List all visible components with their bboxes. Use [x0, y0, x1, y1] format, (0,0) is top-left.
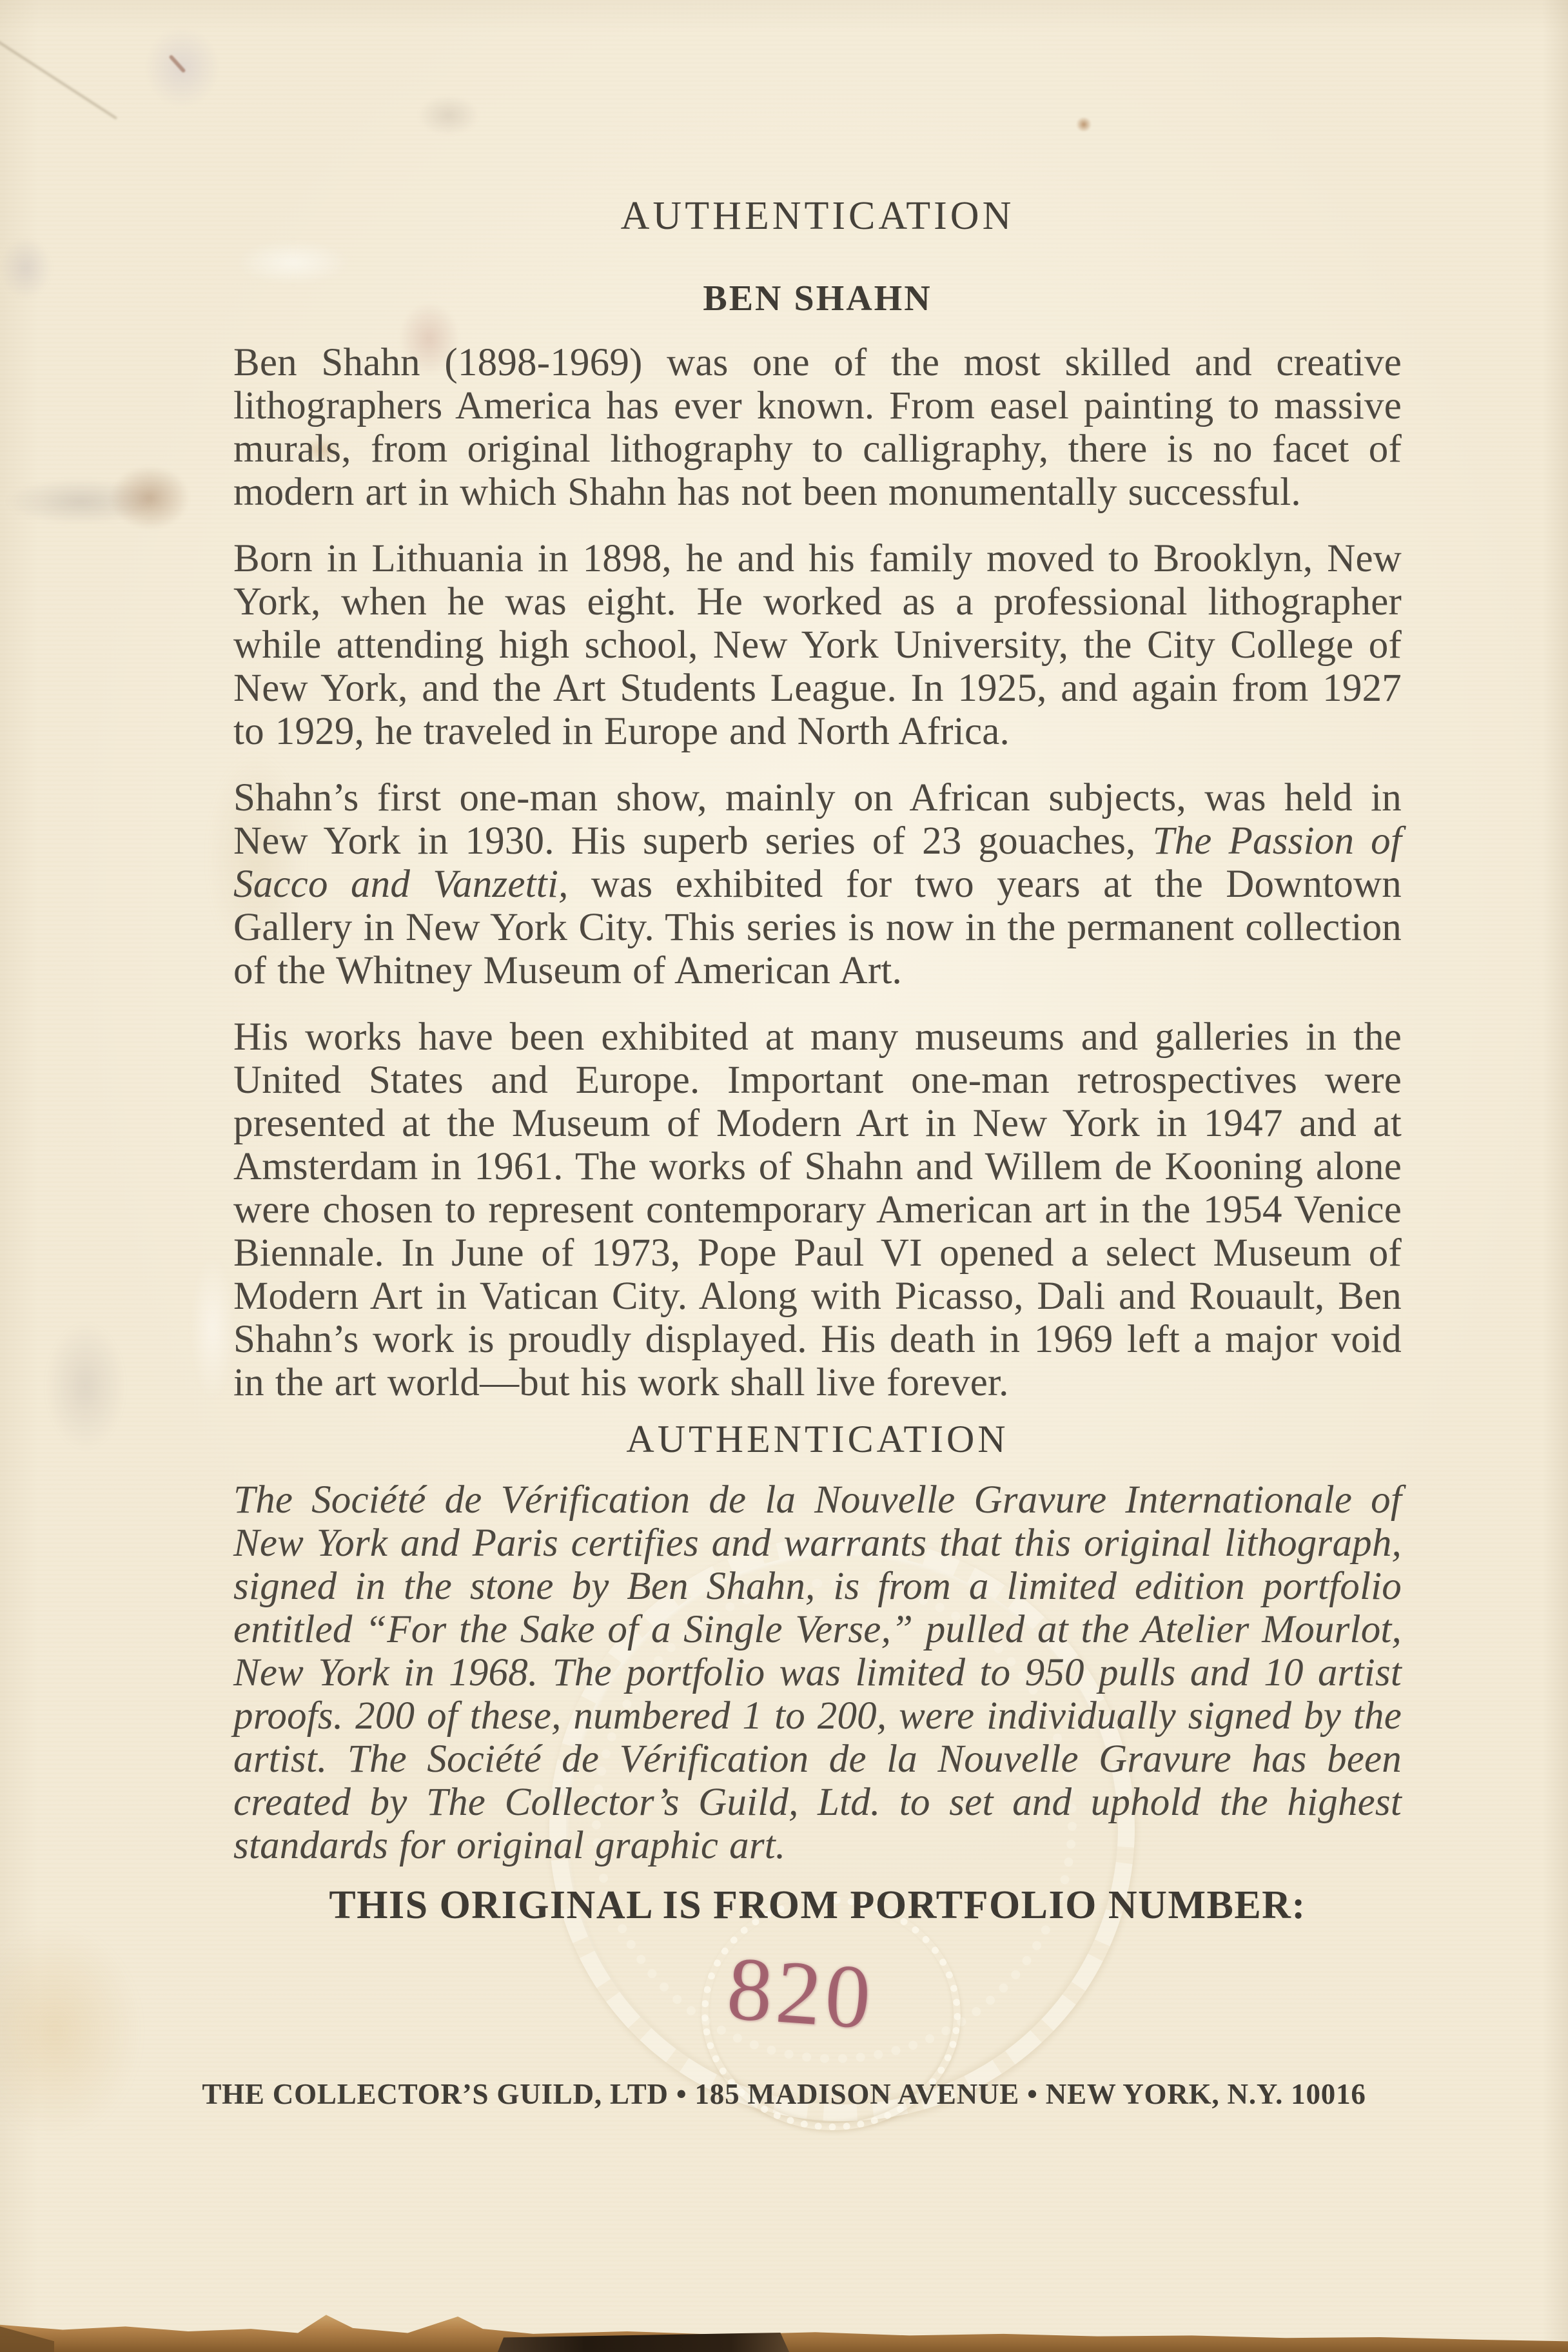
paper-stain: [145, 27, 219, 108]
bio-paragraph-1: Ben Shahn (1898-1969) was one of the mos…: [233, 341, 1402, 514]
authentication-section-title: AUTHENTICATION: [233, 1417, 1402, 1462]
scanned-certificate-page: AUTHENTICATION BEN SHAHN Ben Shahn (1898…: [0, 0, 1568, 2352]
paper-crease: [190, 1254, 235, 1402]
publisher-address-footer: THE COLLECTOR’S GUILD, LTD • 185 MADISON…: [0, 2077, 1568, 2111]
paper-stain: [110, 465, 190, 530]
artist-name-heading: BEN SHAHN: [233, 279, 1402, 319]
paper-crease: [0, 35, 117, 119]
paper-stain: [45, 1322, 126, 1451]
bio-paragraph-3: Shahn’s first one-man show, mainly on Af…: [233, 776, 1402, 992]
main-title: AUTHENTICATION: [233, 193, 1402, 239]
paper-stain: [0, 237, 52, 299]
certification-paragraph: The Société de Vérification de la Nouvel…: [233, 1478, 1402, 1867]
bio-paragraph-1-text: Ben Shahn (1898-1969) was one of the mos…: [233, 341, 1402, 514]
bio-paragraph-4: His works have been exhibited at many mu…: [233, 1015, 1402, 1404]
bio-paragraph-4-text: His works have been exhibited at many mu…: [233, 1015, 1402, 1404]
portfolio-number-stamp: 820: [724, 1943, 877, 2044]
bio-paragraph-2-text: Born in Lithuania in 1898, he and his fa…: [233, 537, 1402, 753]
certificate-text-column: AUTHENTICATION BEN SHAHN Ben Shahn (1898…: [233, 0, 1402, 1929]
bio-paragraph-2: Born in Lithuania in 1898, he and his fa…: [233, 537, 1402, 753]
portfolio-number-label: THIS ORIGINAL IS FROM PORTFOLIO NUMBER:: [233, 1881, 1402, 1929]
paper-stain: [5, 478, 157, 525]
paper-stain: [168, 54, 186, 73]
